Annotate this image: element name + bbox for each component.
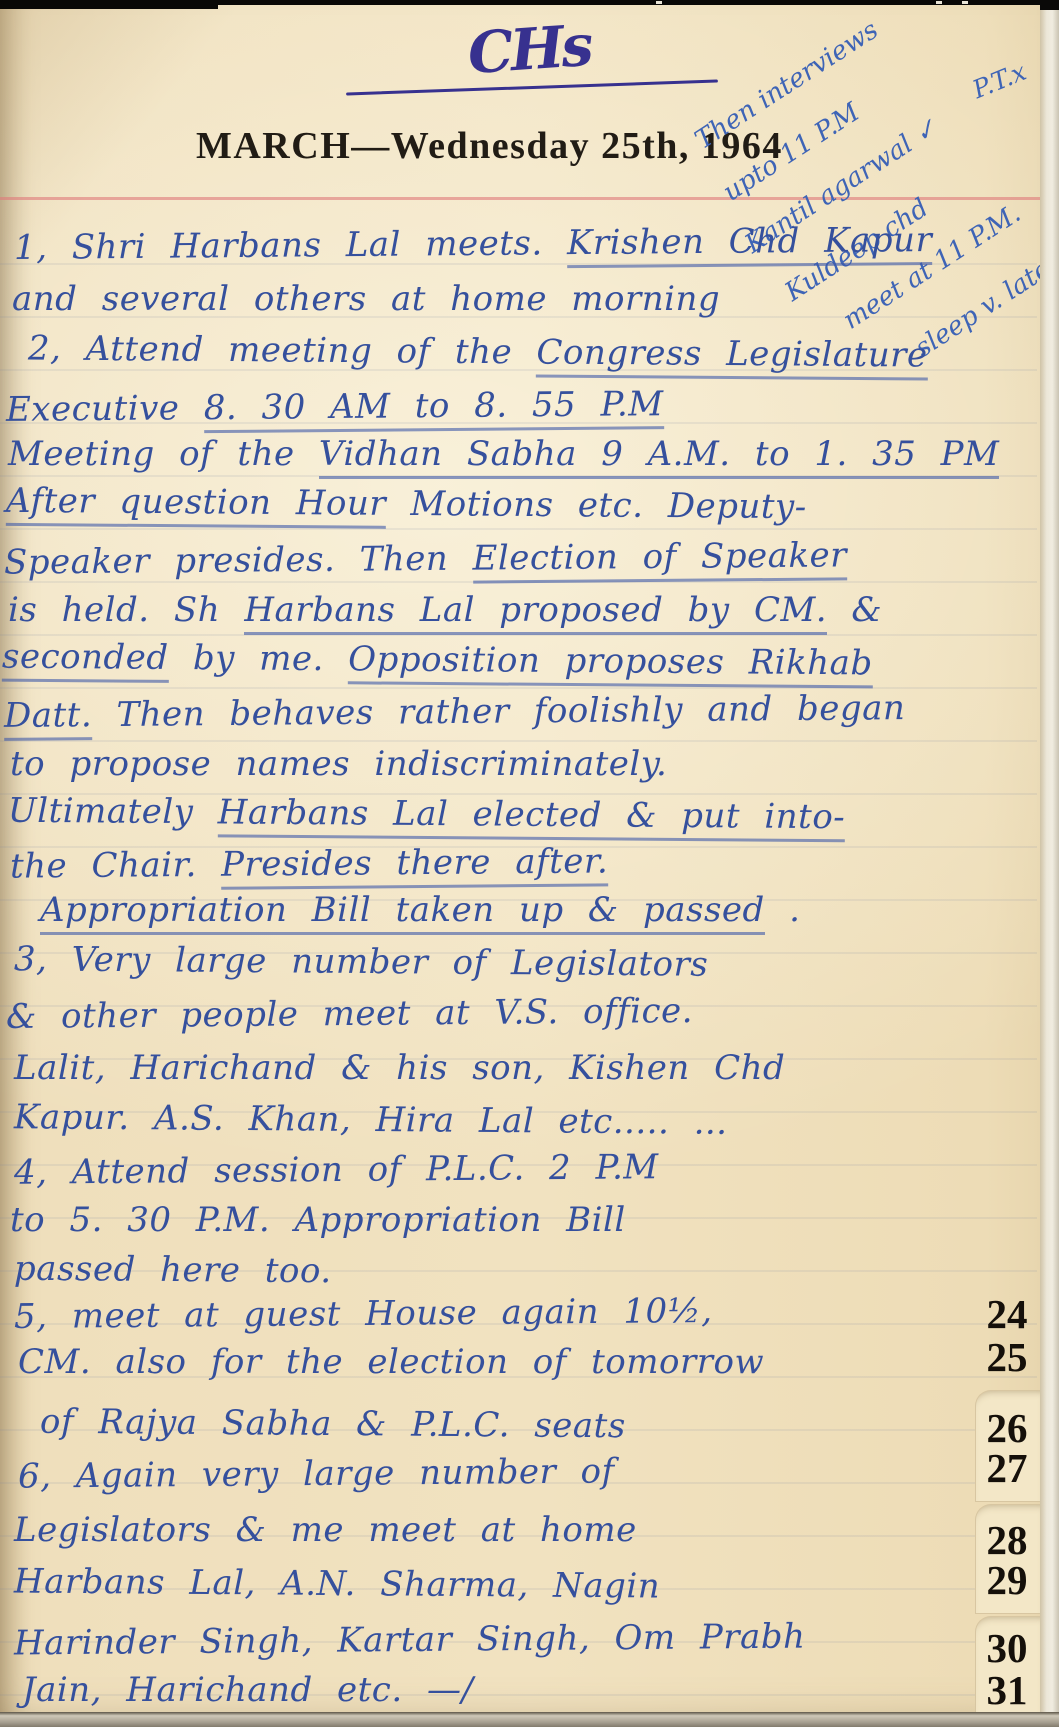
diary-entry-line: Harinder Singh, Kartar Singh, Om Prabh bbox=[14, 1615, 806, 1666]
header-rule bbox=[0, 197, 1059, 200]
date-tab-28: 28 bbox=[978, 1518, 1036, 1562]
diary-entry-line: Meeting of the Vidhan Sabha 9 A.M. to 1.… bbox=[8, 432, 999, 476]
entry-text: 3, Very large number of Legislators bbox=[14, 939, 709, 984]
entry-text: the Chair. bbox=[10, 845, 222, 887]
entry-text: Then behaves rather foolishly and began bbox=[92, 688, 906, 735]
diary-entry-line: Datt. Then behaves rather foolishly and … bbox=[4, 686, 906, 738]
entry-text: to propose names indiscriminately. bbox=[10, 744, 667, 784]
entry-text: Meeting of the bbox=[8, 434, 319, 474]
underlined-phrase: Opposition proposes Rikhab bbox=[348, 639, 873, 688]
underlined-phrase: Appropriation Bill taken up & passed bbox=[40, 890, 765, 935]
entry-text: CM. also for the election of tomorrow bbox=[18, 1342, 764, 1382]
entry-text: Kapur. A.S. Khan, Hira Lal etc..... ... bbox=[14, 1097, 728, 1143]
scanned-diary-page: CHs MARCH—Wednesday 25th, 1964 Then inte… bbox=[0, 0, 1059, 1727]
date-tab-25: 25 bbox=[978, 1335, 1036, 1379]
date-tab-31: 31 bbox=[978, 1668, 1036, 1712]
entry-text: 1, Shri Harbans Lal meets. bbox=[14, 223, 567, 268]
entry-text: 2, Attend meeting of the bbox=[28, 328, 537, 372]
diary-entry-line: 4, Attend session of P.L.C. 2 P.M bbox=[14, 1145, 659, 1195]
date-tab-29: 29 bbox=[978, 1558, 1036, 1602]
underlined-phrase: seconded bbox=[2, 637, 169, 683]
entry-text: 4, Attend session of P.L.C. 2 P.M bbox=[14, 1147, 659, 1193]
date-tab-24: 24 bbox=[978, 1292, 1036, 1336]
date-tab-30: 30 bbox=[978, 1626, 1036, 1670]
date-tab-26: 26 bbox=[978, 1406, 1036, 1450]
entry-text: Motions etc. Deputy- bbox=[386, 484, 807, 527]
diary-entry-line: Speaker presides. Then Election of Speak… bbox=[4, 533, 847, 584]
entry-text: Lalit, Harichand & his son, Kishen Chd bbox=[14, 1048, 785, 1088]
diary-entry-line: Executive 8. 30 AM to 8. 55 P.M bbox=[6, 382, 664, 432]
diary-entry-line: 6, Again very large number of bbox=[18, 1449, 615, 1498]
underlined-phrase: Presides there after. bbox=[221, 841, 608, 889]
entry-text: Harinder Singh, Kartar Singh, Om Prabh bbox=[14, 1617, 806, 1664]
handwritten-monogram: CHs bbox=[466, 12, 593, 87]
entry-text: Legislators & me meet at home bbox=[14, 1510, 637, 1550]
diary-entry-line: After question Hour Motions etc. Deputy- bbox=[6, 479, 807, 529]
top-edge-speck bbox=[656, 1, 662, 4]
underlined-phrase: After question Hour bbox=[6, 481, 386, 529]
top-edge-speck bbox=[962, 1, 968, 4]
right-page-edge bbox=[1040, 0, 1059, 1727]
underlined-phrase: Harbans Lal elected & put into- bbox=[218, 792, 846, 842]
diary-entry-line: CM. also for the election of tomorrow bbox=[18, 1340, 764, 1384]
diary-entry-line: Harbans Lal, A.N. Sharma, Nagin bbox=[14, 1559, 660, 1608]
entry-text: Jain, Harichand etc. —/ bbox=[22, 1670, 473, 1710]
diary-entry-line: to propose names indiscriminately. bbox=[10, 742, 667, 786]
entry-text: . bbox=[765, 890, 801, 930]
entry-text: & other people meet at V.S. office. bbox=[6, 991, 693, 1037]
entry-text: & bbox=[827, 590, 882, 630]
diary-entry-line: 1, Shri Harbans Lal meets. Krishen Chd K… bbox=[14, 218, 933, 270]
entry-text: and several others at home morning bbox=[12, 279, 720, 319]
underlined-phrase: Harbans Lal proposed by CM. bbox=[244, 590, 827, 635]
entry-text: of Rajya Sabha & P.L.C. seats bbox=[40, 1402, 626, 1447]
diary-entry-line: & other people meet at V.S. office. bbox=[6, 989, 693, 1039]
entry-text: Harbans Lal, A.N. Sharma, Nagin bbox=[14, 1561, 660, 1606]
underlined-phrase: 8. 30 AM to 8. 55 P.M bbox=[204, 384, 664, 433]
entry-text: Executive bbox=[6, 388, 204, 430]
diary-entry-line: Lalit, Harichand & his son, Kishen Chd bbox=[14, 1046, 785, 1090]
entry-text: passed here too. bbox=[14, 1249, 332, 1291]
diary-entry-line: the Chair. Presides there after. bbox=[10, 839, 609, 888]
entry-text: 6, Again very large number of bbox=[18, 1451, 615, 1496]
right-edge-top-corner bbox=[1040, 0, 1059, 10]
top-edge-strip-left bbox=[0, 0, 218, 9]
date-tab-27: 27 bbox=[978, 1446, 1036, 1490]
top-edge-speck bbox=[936, 1, 942, 4]
diary-entry-line: and several others at home morning bbox=[12, 277, 720, 321]
underlined-phrase: Datt. bbox=[4, 695, 93, 741]
page-bottom-edge bbox=[0, 1712, 1059, 1727]
diary-entry-line: passed here too. bbox=[14, 1247, 332, 1293]
diary-entry-line: of Rajya Sabha & P.L.C. seats bbox=[40, 1400, 626, 1449]
entry-text: is held. Sh bbox=[8, 590, 244, 630]
entry-text: Speaker presides. Then bbox=[4, 539, 473, 583]
underlined-phrase: Election of Speaker bbox=[472, 535, 847, 583]
diary-entry-line: to 5. 30 P.M. Appropriation Bill bbox=[10, 1198, 626, 1242]
entry-text: by me. bbox=[168, 638, 348, 679]
diary-entry-line: Appropriation Bill taken up & passed . bbox=[40, 888, 800, 932]
diary-entry-line: Kapur. A.S. Khan, Hira Lal etc..... ... bbox=[14, 1095, 728, 1145]
diary-entry-line: Legislators & me meet at home bbox=[14, 1508, 637, 1552]
underlined-phrase: Congress Legislature bbox=[536, 332, 927, 380]
diary-entry-line: 2, Attend meeting of the Congress Legisl… bbox=[28, 326, 928, 377]
diary-entry-line: Ultimately Harbans Lal elected & put int… bbox=[8, 789, 846, 840]
underlined-phrase: Vidhan Sabha 9 A.M. to 1. 35 PM bbox=[319, 434, 999, 479]
underlined-phrase: Krishen Chd Kapur bbox=[567, 220, 933, 268]
diary-entry-line: seconded by me. Opposition proposes Rikh… bbox=[2, 635, 873, 686]
diary-entry-line: is held. Sh Harbans Lal proposed by CM. … bbox=[8, 588, 882, 632]
entry-text: to 5. 30 P.M. Appropriation Bill bbox=[10, 1200, 626, 1240]
diary-entry-line: 3, Very large number of Legislators bbox=[14, 937, 709, 986]
diary-entry-line: Jain, Harichand etc. —/ bbox=[22, 1668, 473, 1712]
entry-text: Ultimately bbox=[8, 791, 218, 833]
entry-text: 5, meet at guest House again 10½, bbox=[14, 1291, 713, 1337]
diary-entry-line: 5, meet at guest House again 10½, bbox=[14, 1289, 713, 1339]
